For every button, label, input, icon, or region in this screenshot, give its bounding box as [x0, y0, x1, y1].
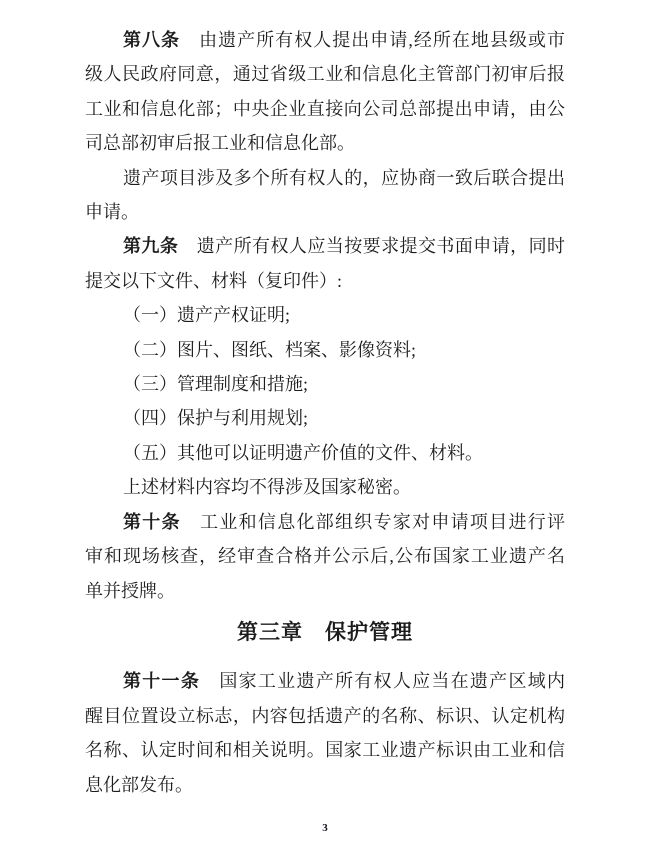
- list-item-line: （三）管理制度和措施;: [85, 367, 565, 401]
- text-segment: 遗产所有权人应当按要求提交书面申请，同时: [178, 236, 565, 256]
- text-line: 单并授牌。: [85, 574, 565, 608]
- text-segment: 工业和信息化部组织专家对申请项目进行评: [181, 512, 565, 532]
- list-item-line: （一）遗产产权证明;: [85, 298, 565, 332]
- text-line: 醒目位置设立标志，内容包括遗产的名称、标识、认定机构: [85, 699, 565, 733]
- article-number: 第八条: [123, 30, 180, 50]
- article-number: 第九条: [123, 236, 178, 256]
- text-line: 息化部发布。: [85, 768, 565, 802]
- chapter-heading: 第三章 保护管理: [85, 616, 565, 650]
- article-number: 第十一条: [123, 671, 200, 691]
- text-line: 工业和信息化部；中央企业直接向公司总部提出申请，由公: [85, 92, 565, 126]
- text-line: 上述材料内容均不得涉及国家秘密。: [85, 470, 565, 504]
- article-number: 第十条: [123, 512, 181, 532]
- text-line: 遗产项目涉及多个所有权人的，应协商一致后联合提出: [85, 161, 565, 195]
- text-line: 提交以下文件、材料（复印件）:: [85, 264, 565, 298]
- text-line: 审和现场核查，经审查合格并公示后,公布国家工业遗产名: [85, 539, 565, 573]
- text-segment: 国家工业遗产所有权人应当在遗产区域内: [200, 671, 565, 691]
- list-item-line: （五）其他可以证明遗产价值的文件、材料。: [85, 436, 565, 470]
- text-line: 第十一条 国家工业遗产所有权人应当在遗产区域内: [85, 664, 565, 698]
- text-line: 级人民政府同意，通过省级工业和信息化主管部门初审后报: [85, 57, 565, 91]
- document-page: 第八条 由遗产所有权人提出申请,经所在地县级或市 级人民政府同意，通过省级工业和…: [0, 0, 650, 849]
- list-item-line: （二）图片、图纸、档案、影像资料;: [85, 333, 565, 367]
- text-line: 名称、认定时间和相关说明。国家工业遗产标识由工业和信: [85, 733, 565, 767]
- text-line: 申请。: [85, 195, 565, 229]
- list-item-line: （四）保护与利用规划;: [85, 401, 565, 435]
- text-line: 第九条 遗产所有权人应当按要求提交书面申请，同时: [85, 229, 565, 263]
- text-segment: 由遗产所有权人提出申请,经所在地县级或市: [180, 30, 565, 50]
- text-line: 第八条 由遗产所有权人提出申请,经所在地县级或市: [85, 23, 565, 57]
- page-number: 3: [0, 822, 650, 834]
- text-line: 第十条 工业和信息化部组织专家对申请项目进行评: [85, 505, 565, 539]
- document-body: 第八条 由遗产所有权人提出申请,经所在地县级或市 级人民政府同意，通过省级工业和…: [85, 23, 565, 802]
- text-line: 司总部初审后报工业和信息化部。: [85, 126, 565, 160]
